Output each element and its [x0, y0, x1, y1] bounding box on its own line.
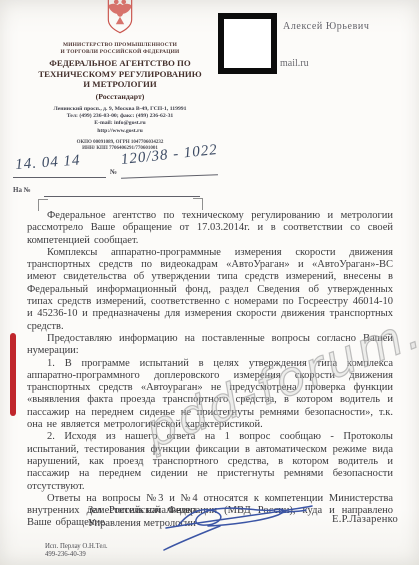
executor-info: Исп. Перлау О.Н.Тел. 499-236-40-39	[45, 543, 108, 559]
signer-name: Е.Р.Лазаренко	[332, 514, 398, 525]
reply-to-number-underline	[44, 196, 200, 197]
agency-name: ФЕДЕРАЛЬНОЕ АГЕНТСТВО ПО ТЕХНИЧЕСКОМУ РЕ…	[8, 58, 232, 90]
letter-body: Федеральное агентство по техническому ре…	[27, 210, 393, 530]
agency-short-name: (Росстандарт)	[8, 92, 232, 101]
addressee-email-fragment: mail.ru	[280, 58, 309, 69]
address-zone-corner-right	[193, 198, 203, 210]
paragraph-answer-2: 2. Исходя из нашего ответа на 1 вопрос с…	[27, 431, 393, 492]
paragraph-answer-1: 1. В программе испытаний в целях утвержд…	[27, 358, 393, 432]
reply-to-number-label: На №	[13, 186, 31, 194]
number-underline	[121, 174, 218, 178]
paragraph-complexes: Комплексы аппаратно-программные измерени…	[27, 247, 393, 333]
ministry-name: МИНИСТЕРСТВО ПРОМЫШЛЕННОСТИ И ТОРГОВЛИ Р…	[8, 42, 232, 55]
handwritten-date: 14. 04 14	[15, 152, 81, 174]
date-underline	[13, 177, 106, 178]
agency-contacts: Ленинский просп., д. 9, Москва В-49, ГСП…	[8, 106, 232, 135]
addressee-name: Алексей Юрьевич	[283, 21, 370, 32]
signature-ink-icon	[160, 496, 320, 556]
coat-of-arms-icon	[106, 0, 134, 39]
redaction-box	[218, 13, 277, 74]
paragraph-questions-intro: Предоставляю информацию на поставленные …	[27, 333, 393, 358]
number-sign-label: №	[110, 168, 117, 176]
red-margin-marker	[10, 333, 16, 416]
scanned-letter-page: МИНИСТЕРСТВО ПРОМЫШЛЕННОСТИ И ТОРГОВЛИ Р…	[0, 0, 419, 565]
paragraph-intro: Федеральное агентство по техническому ре…	[27, 210, 393, 247]
